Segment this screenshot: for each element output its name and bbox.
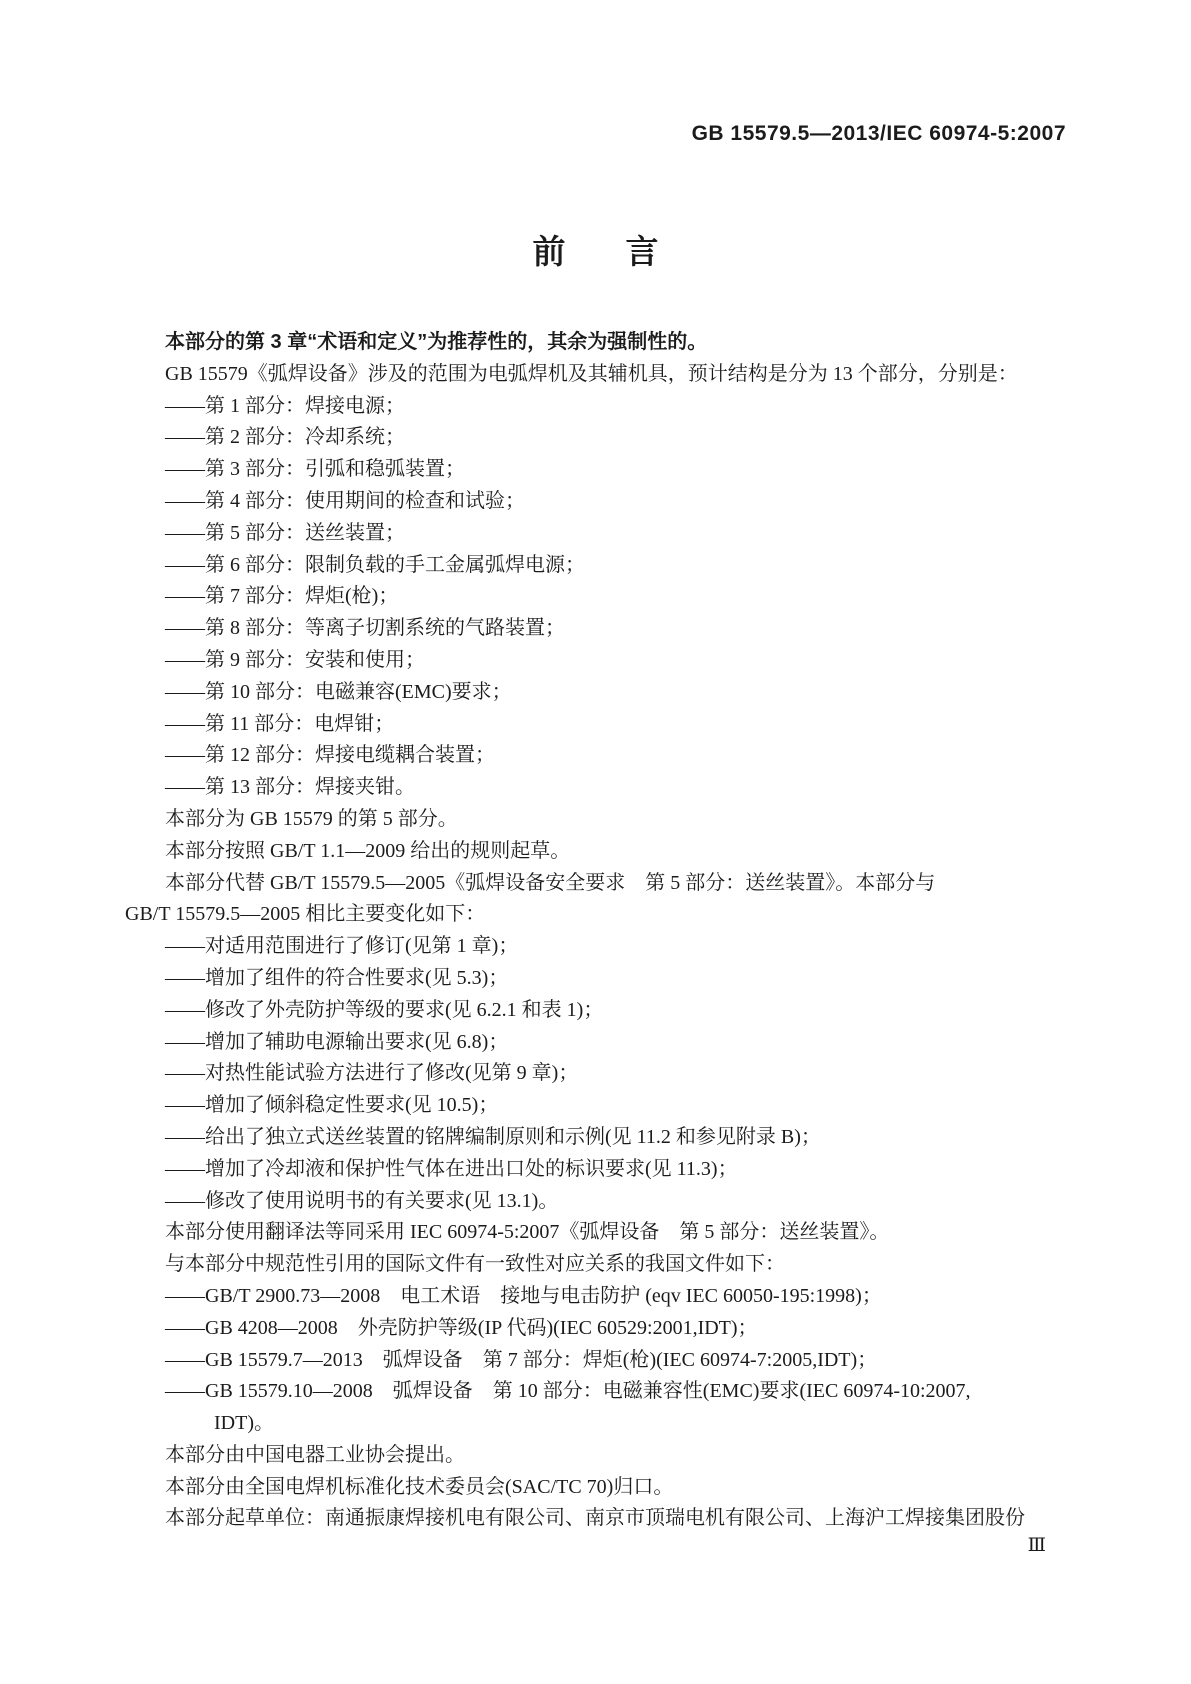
foreword-line: 本部分使用翻译法等同采用 IEC 60974-5:2007《弧焊设备 第 5 部… [125,1217,1066,1249]
foreword-line: ——第 5 部分：送丝装置； [125,518,1066,550]
foreword-line: 本部分的第 3 章“术语和定义”为推荐性的，其余为强制性的。 [125,327,1066,359]
foreword-line: ——第 3 部分：引弧和稳弧装置； [125,454,1066,486]
foreword-line: ——给出了独立式送丝装置的铭牌编制原则和示例(见 11.2 和参见附录 B)； [125,1122,1066,1154]
page-number: Ⅲ [1028,1534,1046,1558]
foreword-line: ——第 4 部分：使用期间的检查和试验； [125,486,1066,518]
foreword-line: ——GB/T 2900.73—2008 电工术语 接地与电击防护 (eqv IE… [125,1281,1066,1313]
foreword-line: ——修改了使用说明书的有关要求(见 13.1)。 [125,1186,1066,1218]
foreword-line: 本部分由中国电器工业协会提出。 [125,1440,1066,1472]
foreword-line: ——第 8 部分：等离子切割系统的气路装置； [125,613,1066,645]
foreword-line: ——第 6 部分：限制负载的手工金属弧焊电源； [125,550,1066,582]
foreword-line: ——GB 15579.10—2008 弧焊设备 第 10 部分：电磁兼容性(EM… [125,1376,1066,1408]
foreword-line: ——第 7 部分：焊炬(枪)； [125,581,1066,613]
foreword-line: 本部分起草单位：南通振康焊接机电有限公司、南京市顶瑞电机有限公司、上海沪工焊接集… [125,1503,1066,1535]
foreword-line: ——增加了倾斜稳定性要求(见 10.5)； [125,1090,1066,1122]
foreword-line: ——GB 4208—2008 外壳防护等级(IP 代码)(IEC 60529:2… [125,1313,1066,1345]
foreword-line: 本部分代替 GB/T 15579.5—2005《弧焊设备安全要求 第 5 部分：… [125,868,1066,900]
foreword-line: ——对适用范围进行了修订(见第 1 章)； [125,931,1066,963]
standard-number: GB 15579.5—2013/IEC 60974-5:2007 [692,122,1066,146]
foreword-line: GB/T 15579.5—2005 相比主要变化如下： [125,899,1066,931]
foreword-line: ——第 2 部分：冷却系统； [125,422,1066,454]
foreword-line: ——增加了辅助电源输出要求(见 6.8)； [125,1027,1066,1059]
foreword-line: 本部分为 GB 15579 的第 5 部分。 [125,804,1066,836]
foreword-line: ——增加了冷却液和保护性气体在进出口处的标识要求(见 11.3)； [125,1154,1066,1186]
foreword-body: 本部分的第 3 章“术语和定义”为推荐性的，其余为强制性的。GB 15579《弧… [125,327,1066,1535]
foreword-line: IDT)。 [125,1408,1066,1440]
page-title: 前言 [0,226,1191,273]
foreword-line: ——第 10 部分：电磁兼容(EMC)要求； [125,677,1066,709]
foreword-line: ——第 11 部分：电焊钳； [125,709,1066,741]
foreword-line: GB 15579《弧焊设备》涉及的范围为电弧焊机及其辅机具，预计结构是分为 13… [125,359,1066,391]
foreword-line: ——增加了组件的符合性要求(见 5.3)； [125,963,1066,995]
foreword-line: ——第 12 部分：焊接电缆耦合装置； [125,740,1066,772]
foreword-line: 与本部分中规范性引用的国际文件有一致性对应关系的我国文件如下： [125,1249,1066,1281]
foreword-line: ——第 13 部分：焊接夹钳。 [125,772,1066,804]
foreword-line: ——修改了外壳防护等级的要求(见 6.2.1 和表 1)； [125,995,1066,1027]
foreword-line: ——第 9 部分：安装和使用； [125,645,1066,677]
foreword-line: ——第 1 部分：焊接电源； [125,391,1066,423]
foreword-line: ——GB 15579.7—2013 弧焊设备 第 7 部分：焊炬(枪)(IEC … [125,1345,1066,1377]
document-page: GB 15579.5—2013/IEC 60974-5:2007 前言 本部分的… [0,0,1191,1684]
foreword-line: ——对热性能试验方法进行了修改(见第 9 章)； [125,1058,1066,1090]
foreword-line: 本部分由全国电焊机标准化技术委员会(SAC/TC 70)归口。 [125,1472,1066,1504]
foreword-line: 本部分按照 GB/T 1.1—2009 给出的规则起草。 [125,836,1066,868]
